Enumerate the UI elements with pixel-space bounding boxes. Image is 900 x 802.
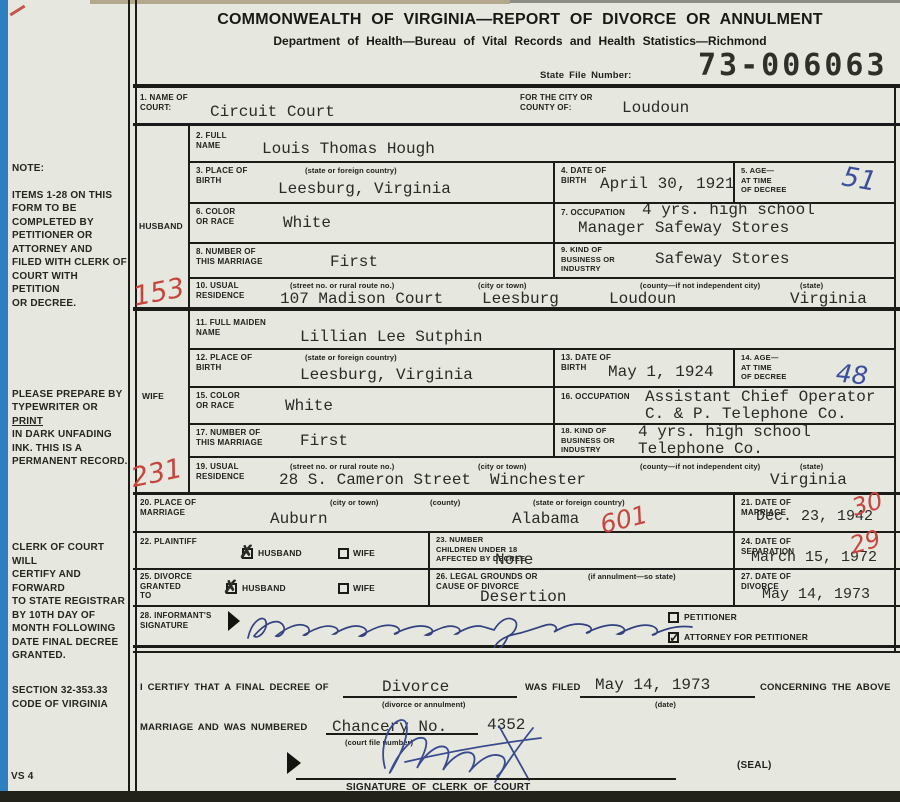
wife-pob-sublabel: (state or foreign country) — [305, 353, 397, 362]
plaintiff-wife-option: WIFE — [353, 549, 375, 559]
informant-signature-label: 28. INFORMANT'S SIGNATURE — [140, 611, 212, 630]
wife-county-sublabel: (county—if not independent city) — [640, 462, 760, 471]
city-or-county-value: Loudoun — [622, 99, 689, 117]
form-subtitle: Department of Health—Bureau of Vital Rec… — [150, 34, 890, 48]
plaintiff-label: 22. PLAINTIFF — [140, 537, 197, 547]
plaintiff-husband-option: HUSBAND — [258, 549, 302, 559]
husband-street-sublabel: (street no. or rural route no.) — [290, 281, 394, 290]
wife-marriage-number-label: 17. NUMBER OF THIS MARRIAGE — [196, 428, 263, 447]
petitioner-checkbox — [668, 612, 679, 623]
marriage-state-sublabel: (state or foreign country) — [533, 498, 625, 507]
attorney-option: ATTORNEY FOR PETITIONER — [684, 633, 808, 643]
cert-line1-part3: CONCERNING THE ABOVE — [760, 682, 891, 693]
marriage-city-value: Auburn — [270, 510, 328, 528]
divorce-granted-label: 25. DIVORCE GRANTED TO — [140, 572, 192, 601]
wife-business-line1: 4 yrs. high school — [638, 423, 811, 441]
husband-occupation-value: Manager Safeway Stores — [578, 219, 789, 237]
wife-dob-label: 13. DATE OF BIRTH — [561, 353, 611, 372]
filed-date-value: May 14, 1973 — [595, 676, 710, 694]
husband-city-value: Leesburg — [482, 290, 559, 308]
clerk-signature-line — [296, 778, 676, 780]
wife-pob-label: 12. PLACE OF BIRTH — [196, 353, 252, 372]
wife-business-line2: Telephone Co. — [638, 440, 763, 458]
husband-pob-value: Leesburg, Virginia — [278, 180, 451, 198]
place-of-marriage-label: 20. PLACE OF MARRIAGE — [140, 498, 196, 517]
clerk-signature-caption: SIGNATURE OF CLERK OF COURT — [346, 782, 530, 793]
margin-note-instructions: NOTE: ITEMS 1-28 ON THIS FORM TO BE COMP… — [12, 148, 128, 310]
divorce-date-value: May 14, 1973 — [762, 586, 870, 603]
clerk-arrow-marker-icon — [287, 752, 301, 774]
wife-street-value: 28 S. Cameron Street — [279, 471, 471, 489]
children-value: None — [495, 551, 533, 569]
husband-street-value: 107 Madison Court — [280, 290, 443, 308]
husband-dob-value: April 30, 1921 — [600, 175, 734, 193]
wife-city-value: Winchester — [490, 471, 586, 489]
husband-section-label: HUSBAND — [139, 222, 183, 232]
husband-age-value: 51 — [840, 161, 879, 197]
decree-type-value: Divorce — [382, 678, 449, 696]
clerk-signature — [355, 708, 595, 788]
husband-state-sublabel: (state) — [800, 281, 823, 290]
margin-note-code-section: SECTION 32-353.33 CODE OF VIRGINIA — [12, 684, 132, 711]
husband-business-value: Safeway Stores — [655, 250, 789, 268]
husband-race-value: White — [283, 214, 331, 232]
husband-pob-label: 3. PLACE OF BIRTH — [196, 166, 248, 185]
state-file-number-value: 73-006063 — [698, 48, 888, 83]
decree-type-line — [343, 696, 517, 698]
husband-county-sublabel: (county—if not independent city) — [640, 281, 760, 290]
informant-signature — [242, 606, 712, 648]
scan-top-edge — [90, 0, 510, 4]
grounds-value: Desertion — [480, 588, 566, 606]
margin-note2-part2: IN DARK UNFADING INK. THIS IS A PERMANEN… — [12, 429, 128, 467]
court-name-value: Circuit Court — [210, 103, 335, 121]
granted-wife-option: WIFE — [353, 584, 375, 594]
wife-dob-value: May 1, 1924 — [608, 363, 714, 381]
cert-line1-part2: WAS FILED — [525, 682, 581, 693]
wife-race-value: White — [285, 397, 333, 415]
attorney-checkbox — [668, 632, 679, 643]
wife-occupation-line2: C. & P. Telephone Co. — [645, 405, 847, 423]
wife-occupation-line1: Assistant Chief Operator — [645, 388, 875, 406]
wife-street-sublabel: (street no. or rural route no.) — [290, 462, 394, 471]
cert-line1-part1: I CERTIFY THAT A FINAL DECREE OF — [140, 682, 329, 693]
plaintiff-wife-checkbox — [338, 548, 349, 559]
husband-business-label: 9. KIND OF BUSINESS OR INDUSTRY — [561, 245, 615, 274]
granted-husband-option: HUSBAND — [242, 584, 286, 594]
marriage-county-sublabel: (county) — [430, 498, 460, 507]
form-code: VS 4 — [11, 770, 33, 784]
husband-full-name-label: 2. FULL NAME — [196, 131, 227, 150]
wife-residence-label: 19. USUAL RESIDENCE — [196, 462, 244, 481]
wife-full-name-label: 11. FULL MAIDEN NAME — [196, 318, 266, 337]
wife-pob-value: Leesburg, Virginia — [300, 366, 473, 384]
margin-note-body: ITEMS 1-28 ON THIS FORM TO BE COMPLETED … — [12, 190, 127, 309]
separation-red-note: 29 — [847, 524, 884, 559]
husband-county-value: Loudoun — [609, 290, 676, 308]
granted-husband-checkbox — [226, 583, 237, 594]
husband-occupation-extra: 4 yrs. high school — [642, 201, 815, 219]
granted-wife-checkbox — [338, 583, 349, 594]
husband-occupation-label: 7. OCCUPATION — [561, 208, 625, 218]
wife-section-label: WIFE — [142, 392, 164, 402]
margin-note-title: NOTE: — [12, 163, 44, 174]
court-name-label: 1. NAME OF COURT: — [140, 93, 188, 112]
wife-age-value: 48 — [835, 358, 870, 390]
petitioner-option: PETITIONER — [684, 613, 737, 623]
husband-pob-sublabel: (state or foreign country) — [305, 166, 397, 175]
scanned-divorce-report: NOTE: ITEMS 1-28 ON THIS FORM TO BE COMP… — [0, 0, 900, 802]
wife-marriage-number-value: First — [300, 432, 348, 450]
husband-race-label: 6. COLOR OR RACE — [196, 207, 235, 226]
red-slash-mark — [9, 5, 25, 17]
wife-occupation-label: 16. OCCUPATION — [561, 392, 630, 402]
husband-state-value: Virginia — [790, 290, 867, 308]
filed-date-line — [580, 696, 755, 698]
plaintiff-husband-checkbox — [242, 548, 253, 559]
wife-age-label: 14. AGE— AT TIME OF DECREE — [741, 353, 787, 382]
husband-city-sublabel: (city or town) — [478, 281, 526, 290]
husband-marriage-number-label: 8. NUMBER OF THIS MARRIAGE — [196, 247, 263, 266]
state-file-number-label: State File Number: — [540, 70, 632, 81]
wife-business-label: 18. KIND OF BUSINESS OR INDUSTRY — [561, 426, 615, 455]
grounds-sublabel: (if annulment—so state) — [588, 572, 676, 581]
husband-full-name-value: Louis Thomas Hough — [262, 140, 435, 158]
husband-marriage-number-value: First — [330, 253, 378, 271]
husband-residence-label: 10. USUAL RESIDENCE — [196, 281, 244, 300]
scan-blue-edge — [0, 0, 8, 802]
wife-race-label: 15. COLOR OR RACE — [196, 391, 240, 410]
form-title: COMMONWEALTH OF VIRGINIA—REPORT OF DIVOR… — [150, 11, 890, 29]
wife-full-name-value: Lillian Lee Sutphin — [300, 328, 482, 346]
form-left-border — [128, 0, 137, 791]
arrow-marker-icon — [228, 611, 240, 631]
scan-top-edge-right — [510, 0, 900, 3]
margin-note2-underlined: PRINT — [12, 416, 43, 427]
marriage-state-value: Alabama — [512, 510, 579, 528]
cert-line2-part1: MARRIAGE AND WAS NUMBERED — [140, 722, 307, 733]
filed-date-sublabel: (date) — [655, 700, 676, 709]
margin-note-typewriter: PLEASE PREPARE BY TYPEWRITER OR PRINT IN… — [12, 374, 130, 469]
city-or-county-label: FOR THE CITY OR COUNTY OF: — [520, 93, 593, 112]
margin-note2-part1: PLEASE PREPARE BY TYPEWRITER OR — [12, 389, 122, 414]
margin-note-clerk: CLERK OF COURT WILL CERTIFY AND FORWARD … — [12, 541, 132, 663]
marriage-city-sublabel: (city or town) — [330, 498, 378, 507]
wife-city-sublabel: (city or town) — [478, 462, 526, 471]
wife-state-sublabel: (state) — [800, 462, 823, 471]
seal-label: (SEAL) — [737, 760, 772, 771]
wife-state-value: Virginia — [770, 471, 847, 489]
husband-age-label: 5. AGE— AT TIME OF DECREE — [741, 166, 787, 195]
